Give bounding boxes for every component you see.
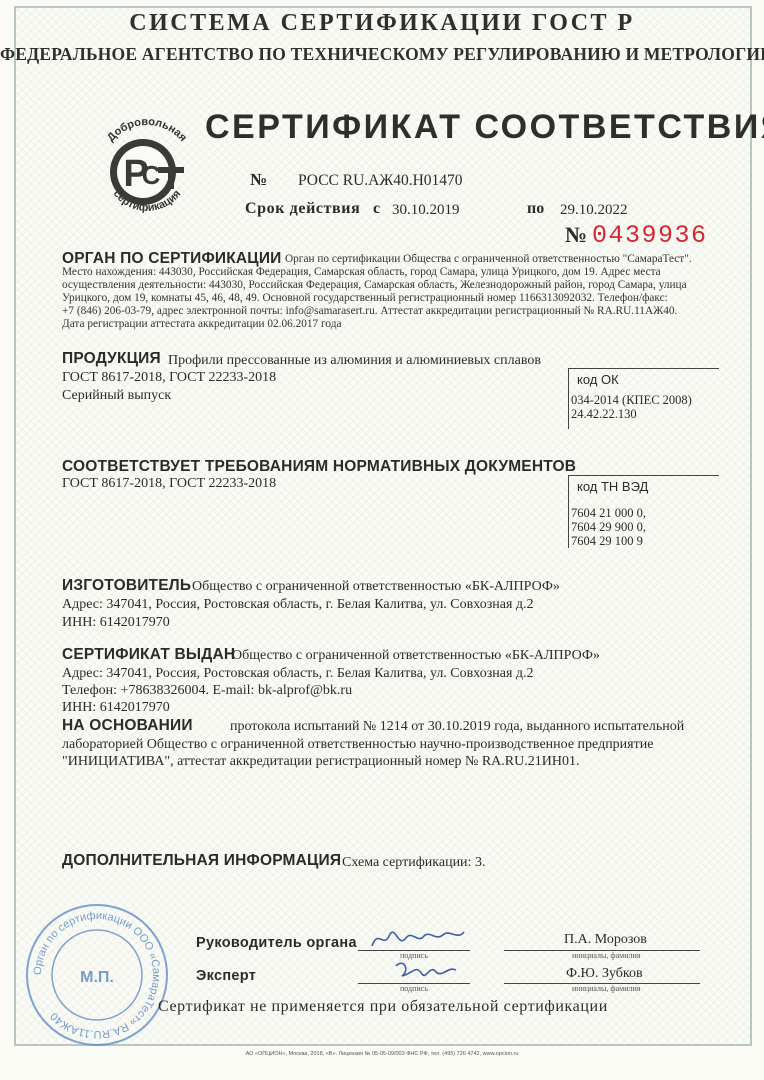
issued-to-inn: ИНН: 6142017970 bbox=[62, 700, 170, 716]
name-caption: инициалы, фамилия bbox=[572, 984, 640, 993]
certification-scheme: Схема сертификации: 3. bbox=[342, 855, 485, 871]
expert-signature-icon bbox=[392, 956, 462, 986]
agency-title: ФЕДЕРАЛЬНОЕ АГЕНТСТВО ПО ТЕХНИЧЕСКОМУ РЕ… bbox=[0, 44, 764, 65]
basis-heading: НА ОСНОВАНИИ bbox=[62, 717, 193, 735]
number-label: № bbox=[250, 170, 267, 190]
to-label: по bbox=[527, 200, 544, 218]
svg-text:М.П.: М.П. bbox=[80, 969, 114, 986]
certification-body-line: Урицкого, дом 19, комнаты 45, 46, 48, 49… bbox=[62, 292, 668, 305]
printer-info: АО «ОПЦИОН», Москва, 2018, «B». Лицензия… bbox=[0, 1051, 764, 1057]
tnved-code-box: код ТН ВЭД 7604 21 000 0, 7604 29 900 0,… bbox=[568, 475, 719, 548]
okp-code-line: 24.42.22.130 bbox=[571, 407, 637, 421]
conformity-standards: ГОСТ 8617-2018, ГОСТ 22233-2018 bbox=[62, 476, 276, 492]
tnved-code-line: 7604 21 000 0, bbox=[571, 506, 646, 520]
issued-to-contacts: Телефон: +78638326004. E-mail: bk-alprof… bbox=[62, 683, 352, 699]
conformity-heading: СООТВЕТСТВУЕТ ТРЕБОВАНИЯМ НОРМАТИВНЫХ ДО… bbox=[62, 458, 576, 476]
certification-body-line: Дата регистрации аттестата аккредитации … bbox=[62, 318, 341, 331]
certification-body-line: осуществления деятельности: 443030, Росс… bbox=[62, 279, 687, 292]
certification-body-line: Место нахождения: 443030, Российская Фед… bbox=[62, 266, 661, 279]
product-production-type: Серийный выпуск bbox=[62, 388, 171, 404]
tnved-code-label: код ТН ВЭД bbox=[577, 479, 648, 494]
expert-label: Эксперт bbox=[196, 968, 256, 984]
from-label: с bbox=[373, 200, 380, 218]
validity-label: Срок действия bbox=[245, 200, 360, 218]
certification-body-line: +7 (846) 206-03-79, адрес электронной по… bbox=[62, 305, 677, 318]
head-signature-icon bbox=[368, 924, 468, 954]
okp-code-label: код ОК bbox=[577, 372, 619, 387]
valid-from-date: 30.10.2019 bbox=[392, 202, 460, 219]
certification-body-line: Орган по сертификации Общества с огранич… bbox=[285, 253, 692, 266]
tnved-code-line: 7604 29 900 0, bbox=[571, 520, 646, 534]
manufacturer-address: Адрес: 347041, Россия, Ростовская област… bbox=[62, 597, 534, 613]
serial-label: № bbox=[565, 222, 587, 248]
certificate-number: РОСС RU.АЖ40.Н01470 bbox=[298, 172, 463, 190]
valid-to-date: 29.10.2022 bbox=[560, 202, 628, 219]
basis-line: лабораторией Общество с ограниченной отв… bbox=[62, 737, 653, 753]
additional-info-heading: ДОПОЛНИТЕЛЬНАЯ ИНФОРМАЦИЯ bbox=[62, 852, 341, 870]
basis-line: "ИНИЦИАТИВА", аттестат аккредитации реги… bbox=[62, 754, 579, 770]
svg-text:С: С bbox=[142, 160, 161, 190]
serial-number: 0439936 bbox=[592, 221, 708, 250]
okp-code-line: 034-2014 (КПЕС 2008) bbox=[571, 393, 692, 407]
name-caption: инициалы, фамилия bbox=[572, 951, 640, 960]
product-name: Профили прессованные из алюминия и алюми… bbox=[168, 353, 541, 369]
manufacturer-heading: ИЗГОТОВИТЕЛЬ bbox=[62, 577, 191, 595]
product-heading: ПРОДУКЦИЯ bbox=[62, 350, 161, 368]
system-title: СИСТЕМА СЕРТИФИКАЦИИ ГОСТ Р bbox=[0, 10, 764, 37]
issued-to-heading: СЕРТИФИКАТ ВЫДАН bbox=[62, 646, 235, 664]
footer-note: Сертификат не применяется при обязательн… bbox=[158, 998, 608, 1016]
official-stamp-icon: Орган по сертификации ООО «СамараТест» R… bbox=[22, 900, 172, 1050]
issued-to-address: Адрес: 347041, Россия, Ростовская област… bbox=[62, 666, 534, 682]
head-of-body-label: Руководитель органа bbox=[196, 935, 357, 951]
manufacturer-name: Общество с ограниченной ответственностью… bbox=[192, 579, 560, 595]
manufacturer-inn: ИНН: 6142017970 bbox=[62, 615, 170, 631]
basis-line: протокола испытаний № 1214 от 30.10.2019… bbox=[230, 719, 684, 735]
issued-to-name: Общество с ограниченной ответственностью… bbox=[232, 648, 600, 664]
rst-voluntary-certification-logo-icon: Добровольная сертификация Р С bbox=[88, 112, 206, 220]
product-standards: ГОСТ 8617-2018, ГОСТ 22233-2018 bbox=[62, 370, 276, 386]
certificate-title: СЕРТИФИКАТ СООТВЕТСТВИЯ bbox=[205, 108, 764, 147]
expert-name: Ф.Ю. Зубков bbox=[566, 966, 643, 982]
okp-code-box: код ОК 034-2014 (КПЕС 2008) 24.42.22.130 bbox=[568, 368, 719, 429]
head-name: П.А. Морозов bbox=[564, 932, 647, 948]
tnved-code-line: 7604 29 100 9 bbox=[571, 534, 643, 548]
